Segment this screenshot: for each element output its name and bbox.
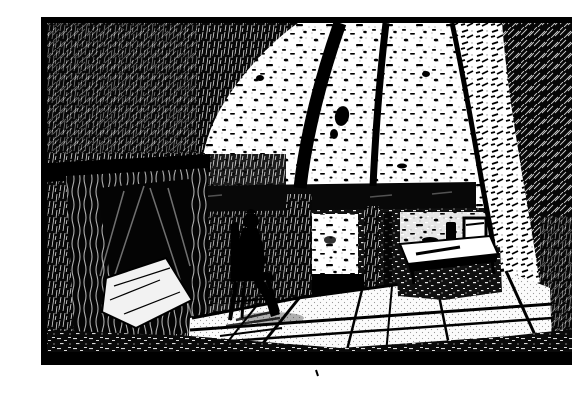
- wood-beam: [184, 182, 476, 212]
- engraving-illustration: Black-and-white woodcut style engraving …: [40, 16, 572, 378]
- figure-head: [243, 213, 259, 229]
- engraving-canvas: [40, 16, 572, 378]
